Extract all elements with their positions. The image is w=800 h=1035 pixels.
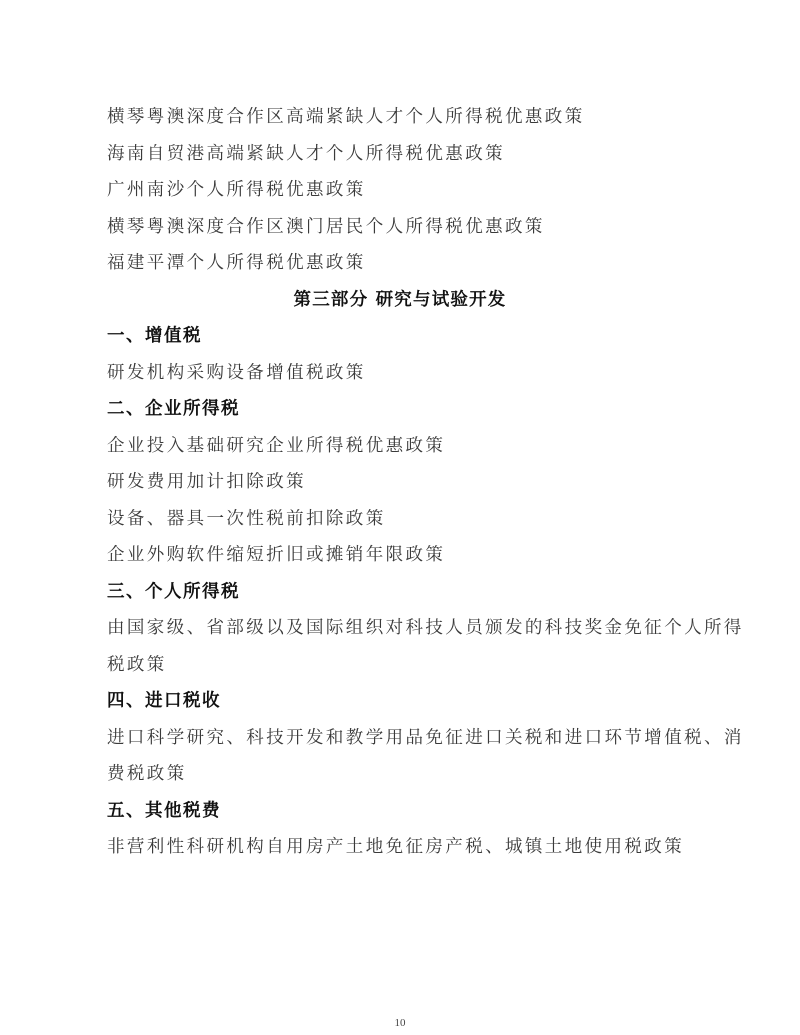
policy-item-line: 进口科学研究、科技开发和教学用品免征进口关税和进口环节增值税、消 [107, 727, 707, 749]
section-heading-import-tax: 四、进口税收 [107, 690, 707, 712]
policy-item: 横琴粤澳深度合作区高端紧缺人才个人所得税优惠政策 [107, 106, 707, 128]
policy-item: 研发费用加计扣除政策 [107, 471, 707, 493]
policy-item: 研发机构采购设备增值税政策 [107, 362, 707, 384]
section-heading-individual-income-tax: 三、个人所得税 [107, 581, 707, 603]
policy-item: 福建平潭个人所得税优惠政策 [107, 252, 707, 274]
policy-item-line: 税政策 [107, 654, 707, 676]
policy-item: 横琴粤澳深度合作区澳门居民个人所得税优惠政策 [107, 216, 707, 238]
policy-item: 企业投入基础研究企业所得税优惠政策 [107, 435, 707, 457]
part-title: 第三部分 研究与试验开发 [0, 289, 800, 311]
section-heading-other-taxes: 五、其他税费 [107, 800, 707, 822]
section-heading-corporate-income-tax: 二、企业所得税 [107, 398, 707, 420]
policy-item-line: 费税政策 [107, 763, 707, 785]
page-number: 10 [0, 1017, 800, 1029]
policy-item-line: 由国家级、省部级以及国际组织对科技人员颁发的科技奖金免征个人所得 [107, 617, 707, 639]
policy-item: 企业外购软件缩短折旧或摊销年限政策 [107, 544, 707, 566]
policy-item: 海南自贸港高端紧缺人才个人所得税优惠政策 [107, 143, 707, 165]
section-heading-vat: 一、增值税 [107, 325, 707, 347]
policy-item: 设备、器具一次性税前扣除政策 [107, 508, 707, 530]
policy-item: 非营利性科研机构自用房产土地免征房产税、城镇土地使用税政策 [107, 836, 707, 858]
policy-item: 广州南沙个人所得税优惠政策 [107, 179, 707, 201]
document-page: 横琴粤澳深度合作区高端紧缺人才个人所得税优惠政策 海南自贸港高端紧缺人才个人所得… [0, 0, 800, 1035]
